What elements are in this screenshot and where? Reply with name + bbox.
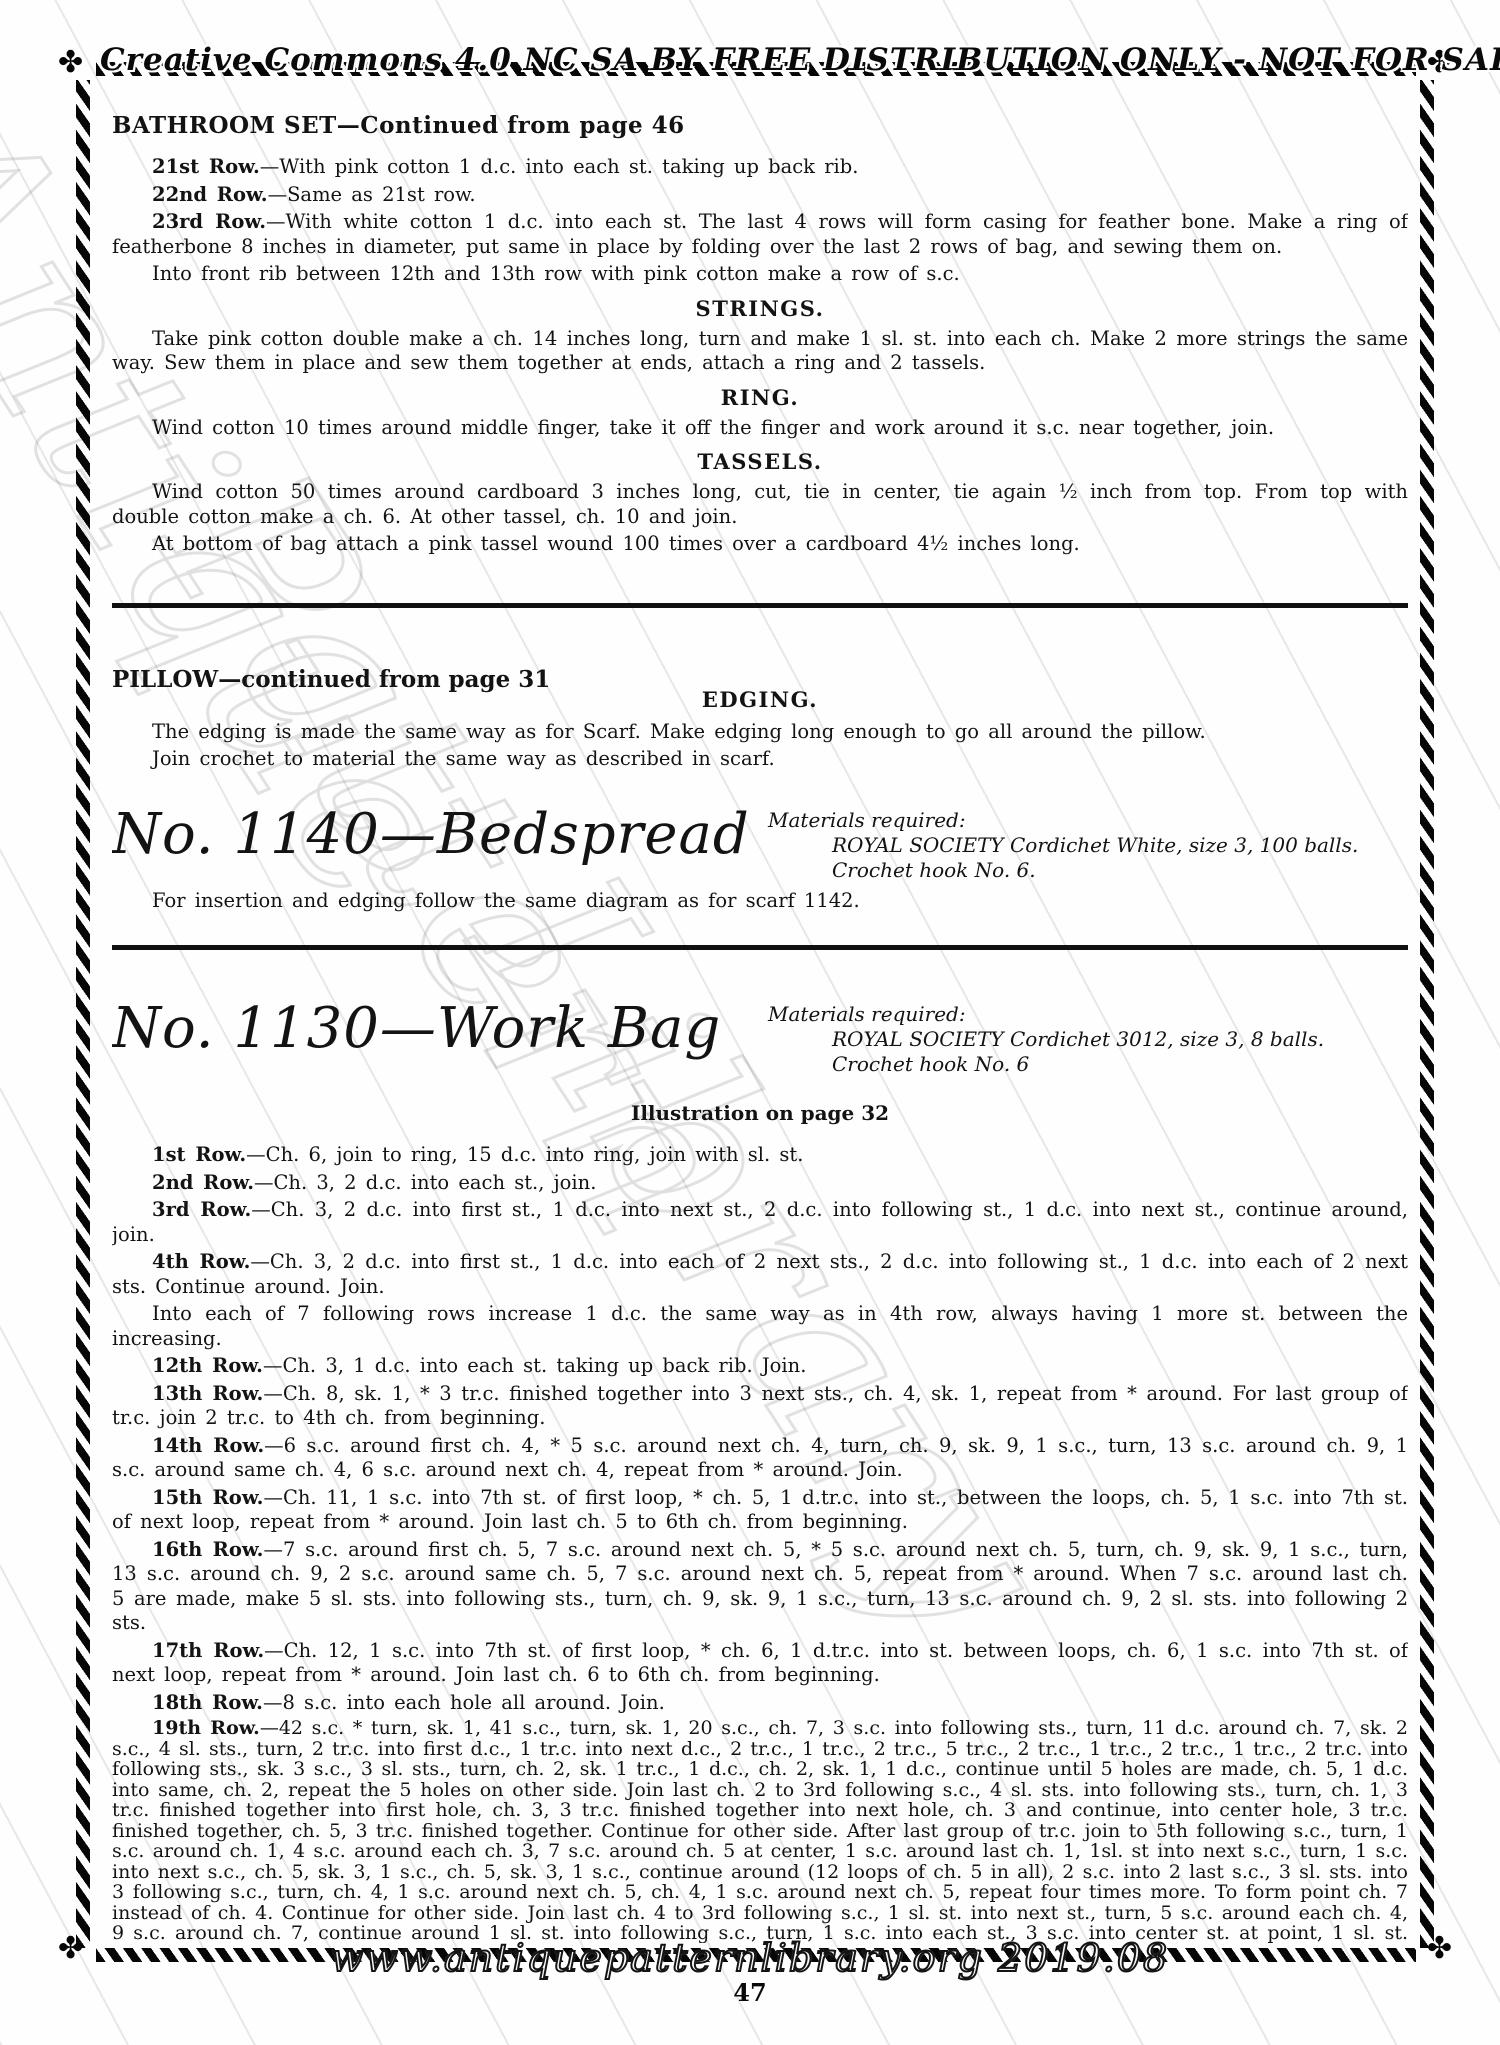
row-label: 23rd Row. [152,210,266,233]
left-rope-border [76,80,90,1948]
bathroom-row-22: 22nd Row.—Same as 21st row. [112,183,1408,208]
bedspread-head-row: No. 1140—Bedspread Materials required: R… [112,802,1408,883]
front-rib-paragraph: Into front rib between 12th and 13th row… [112,262,1408,287]
row-label: 2nd Row. [152,1171,254,1194]
ring-paragraph: Wind cotton 10 times around middle finge… [112,416,1408,441]
workbag-row-12: 12th Row.—Ch. 3, 1 d.c. into each st. ta… [112,1354,1408,1379]
row-label: 17th Row. [152,1639,264,1662]
workbag-row-19: 19th Row.—42 s.c. * turn, sk. 1, 41 s.c.… [112,1718,1408,1943]
strings-paragraph: Take pink cotton double make a ch. 14 in… [112,327,1408,376]
workbag-row-1: 1st Row.—Ch. 6, join to ring, 15 d.c. in… [112,1143,1408,1168]
row-label: 15th Row. [152,1486,263,1509]
bedspread-title: No. 1140—Bedspread [112,802,768,867]
row-label: 1st Row. [152,1143,246,1166]
row-text: —6 s.c. around first ch. 4, * 5 s.c. aro… [112,1434,1408,1482]
workbag-head-row: No. 1130—Work Bag Materials required: RO… [112,996,1408,1077]
creative-commons-banner: Creative Commons 4.0 NC SA BY FREE DISTR… [100,42,1410,78]
row-text: —Ch. 8, sk. 1, * 3 tr.c. finished togeth… [112,1382,1408,1430]
row-text: —Ch. 6, join to ring, 15 d.c. into ring,… [246,1143,803,1166]
workbag-row-3: 3rd Row.—Ch. 3, 2 d.c. into first st., 1… [112,1198,1408,1247]
row-text: —Ch. 3, 2 d.c. into first st., 1 d.c. in… [112,1198,1408,1246]
bathroom-row-21: 21st Row.—With pink cotton 1 d.c. into e… [112,155,1408,180]
workbag-row-13: 13th Row.—Ch. 8, sk. 1, * 3 tr.c. finish… [112,1382,1408,1431]
materials-line: Crochet hook No. 6. [768,858,1408,883]
row-text: —With pink cotton 1 d.c. into each st. t… [260,155,859,178]
row-text: —Ch. 3, 2 d.c. into first st., 1 d.c. in… [112,1250,1408,1298]
workbag-row-17: 17th Row.—Ch. 12, 1 s.c. into 7th st. of… [112,1639,1408,1688]
row-text: —Same as 21st row. [268,183,476,206]
right-rope-border [1420,80,1434,1948]
ring-heading: RING. [112,385,1408,410]
row-text: —7 s.c. around first ch. 5, 7 s.c. aroun… [112,1538,1408,1635]
row-text: —Ch. 11, 1 s.c. into 7th st. of first lo… [112,1486,1408,1534]
footer-url-watermark: www.antiquepatternlibrary.org 2019.08 [0,1936,1500,1980]
section-divider-rule [112,945,1408,950]
page-content: BATHROOM SET—Continued from page 46 21st… [112,98,1408,1943]
tassels-paragraph-2: At bottom of bag attach a pink tassel wo… [112,532,1408,557]
row-text: —With white cotton 1 d.c. into each st. … [112,210,1408,258]
bedspread-paragraph: For insertion and edging follow the same… [112,889,1408,914]
section-divider-rule [112,603,1408,608]
corner-ornament-top-left: ✤ [58,48,83,78]
row-label: 14th Row. [152,1434,264,1457]
row-label: 4th Row. [152,1250,250,1273]
workbag-row-18: 18th Row.—8 s.c. into each hole all arou… [112,1691,1408,1716]
row-label: 19th Row. [152,1717,260,1739]
row-text: —Ch. 12, 1 s.c. into 7th st. of first lo… [112,1639,1408,1687]
illustration-note: Illustration on page 32 [112,1101,1408,1125]
tassels-heading: TASSELS. [112,449,1408,474]
scanned-pattern-page: Antique Pattern Library ✤ ✤ ✤ ✤ Creative… [0,0,1500,2045]
row-label: 21st Row. [152,155,260,178]
row-label: 18th Row. [152,1691,263,1714]
bathroom-set-title: BATHROOM SET—Continued from page 46 [112,112,1408,139]
workbag-row-4: 4th Row.—Ch. 3, 2 d.c. into first st., 1… [112,1250,1408,1299]
workbag-materials: Materials required: ROYAL SOCIETY Cordic… [768,996,1408,1077]
workbag-row-14: 14th Row.—6 s.c. around first ch. 4, * 5… [112,1434,1408,1483]
materials-line: Crochet hook No. 6 [768,1052,1408,1077]
workbag-row-16: 16th Row.—7 s.c. around first ch. 5, 7 s… [112,1538,1408,1636]
workbag-row-2: 2nd Row.—Ch. 3, 2 d.c. into each st., jo… [112,1171,1408,1196]
page-number: 47 [0,1978,1500,2007]
materials-line: ROYAL SOCIETY Cordichet 3012, size 3, 8 … [768,1027,1408,1052]
materials-label: Materials required: [768,1002,1408,1027]
row-text: —42 s.c. * turn, sk. 1, 41 s.c., turn, s… [112,1717,1408,1943]
row-text: —Ch. 3, 1 d.c. into each st. taking up b… [263,1354,806,1377]
row-text: —Ch. 3, 2 d.c. into each st., join. [254,1171,596,1194]
row-text: —8 s.c. into each hole all around. Join. [263,1691,665,1714]
workbag-title: No. 1130—Work Bag [112,996,768,1061]
row-label: 16th Row. [152,1538,263,1561]
row-label: 13th Row. [152,1382,263,1405]
row-label: 3rd Row. [152,1198,251,1221]
workbag-increase-note: Into each of 7 following rows increase 1… [112,1302,1408,1351]
workbag-row-15: 15th Row.—Ch. 11, 1 s.c. into 7th st. of… [112,1486,1408,1535]
pillow-section-head: PILLOW—continued from page 31 EDGING. [112,666,1408,712]
strings-heading: STRINGS. [112,296,1408,321]
materials-line: ROYAL SOCIETY Cordichet White, size 3, 1… [768,833,1408,858]
edging-paragraph-1: The edging is made the same way as for S… [112,720,1408,745]
row-label: 12th Row. [152,1354,263,1377]
materials-label: Materials required: [768,808,1408,833]
edging-paragraph-2: Join crochet to material the same way as… [112,747,1408,772]
bedspread-materials: Materials required: ROYAL SOCIETY Cordic… [768,802,1408,883]
bathroom-row-23: 23rd Row.—With white cotton 1 d.c. into … [112,210,1408,259]
row-label: 22nd Row. [152,183,268,206]
tassels-paragraph-1: Wind cotton 50 times around cardboard 3 … [112,480,1408,529]
